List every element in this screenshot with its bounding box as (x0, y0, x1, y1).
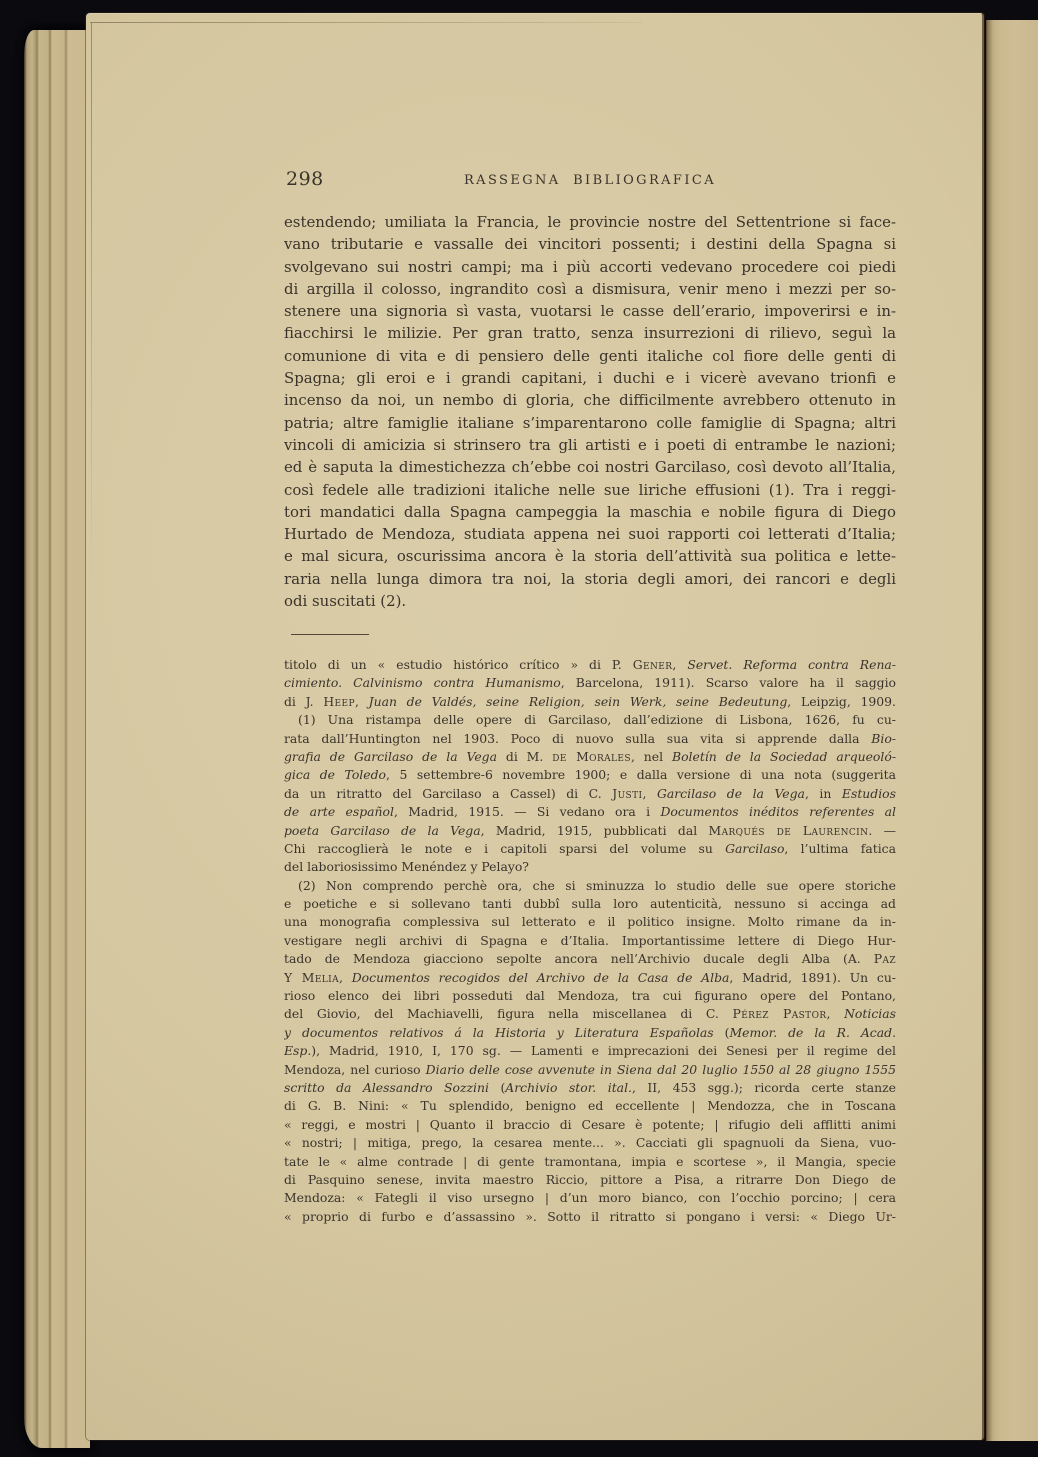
text-line: fiacchirsi le milizie. Per gran tratto, … (284, 322, 896, 344)
text-line: « proprio di furbo e d’assassino ». Sott… (284, 1208, 896, 1226)
text-line: del laboriosissimo Menéndez y Pelayo? (284, 858, 896, 876)
text-line: di J. Heep, Juan de Valdés, seine Religi… (284, 693, 896, 711)
text-line: Y Melia, Documentos recogidos del Archiv… (284, 969, 896, 987)
text-line: tori mandatici dalla Spagna campeggia la… (284, 501, 896, 523)
text-line: raria nella lunga dimora tra noi, la sto… (284, 568, 896, 590)
text-line: comunione di vita e di pensiero delle ge… (284, 345, 896, 367)
text-line: vestigare negli archivi di Spagna e d’It… (284, 932, 896, 950)
running-head: 298 RASSEGNA BIBLIOGRAFICA (284, 168, 896, 196)
text-line: gica de Toledo, 5 settembre-6 novembre 1… (284, 766, 896, 784)
text-line: da un ritratto del Garcilaso a Cassel) d… (284, 785, 896, 803)
text-line: di Pasquino senese, invita maestro Ricci… (284, 1171, 896, 1189)
text-line: poeta Garcilaso de la Vega, Madrid, 1915… (284, 822, 896, 840)
text-line: tate le « alme contrade | di gente tramo… (284, 1153, 896, 1171)
footnote-separator (291, 634, 369, 635)
text-line: odi suscitati (2). (284, 590, 896, 612)
text-line: vano tributarie e vassalle dei vincitori… (284, 233, 896, 255)
text-line: vincoli di amicizia si strinsero tra gli… (284, 434, 896, 456)
text-line: Esp.), Madrid, 1910, I, 170 sg. — Lament… (284, 1042, 896, 1060)
body-paragraph: estendendo; umiliata la Francia, le prov… (284, 211, 896, 612)
text-line: ed è saputa la dimestichezza ch’ebbe coi… (284, 456, 896, 478)
footnote-1: (1) Una ristampa delle opere di Garcilas… (284, 711, 896, 877)
text-line: Spagna; gli eroi e i grandi capitani, i … (284, 367, 896, 389)
text-line: cimiento. Calvinismo contra Humanismo, B… (284, 674, 896, 692)
text-line: (2) Non comprendo perchè ora, che si smi… (284, 877, 896, 895)
text-line: rata dall’Huntington nel 1903. Poco di n… (284, 730, 896, 748)
running-head-title: RASSEGNA BIBLIOGRAFICA (284, 173, 896, 188)
text-line: e mal sicura, oscurissima ancora è la st… (284, 545, 896, 567)
text-line: scritto da Alessandro Sozzini (Archivio … (284, 1079, 896, 1097)
text-line: estendendo; umiliata la Francia, le prov… (284, 211, 896, 233)
text-line: « reggi, e mostri | Quanto il braccio di… (284, 1116, 896, 1134)
text-line: del Giovio, del Machiavelli, figura nell… (284, 1005, 896, 1023)
text-line: stenere una signoria sì vasta, vuotarsi … (284, 300, 896, 322)
page-stack-edge (24, 30, 90, 1448)
text-line: e poetiche e si sollevano tanti dubbî su… (284, 895, 896, 913)
text-line: di G. B. Nini: « Tu splendido, benigno e… (284, 1097, 896, 1115)
text-line: Mendoza: « Fategli il viso ursegno | d’u… (284, 1189, 896, 1207)
text-line: così fedele alle tradizioni italiche nel… (284, 479, 896, 501)
text-line: Chi raccoglierà le note e i capitoli spa… (284, 840, 896, 858)
footnotes: titolo di un « estudio histórico crítico… (284, 656, 896, 1226)
facing-page-edge (986, 20, 1038, 1441)
text-line: y documentos relativos á la Historia y L… (284, 1024, 896, 1042)
text-line: grafia de Garcilaso de la Vega di M. de … (284, 748, 896, 766)
scanned-book-photo: 298 RASSEGNA BIBLIOGRAFICA estendendo; u… (0, 0, 1038, 1457)
text-line: titolo di un « estudio histórico crítico… (284, 656, 896, 674)
text-line: Mendoza, nel curioso Diario delle cose a… (284, 1061, 896, 1079)
text-line: « nostri; | mitiga, prego, la cesarea me… (284, 1134, 896, 1152)
text-line: (1) Una ristampa delle opere di Garcilas… (284, 711, 896, 729)
text-line: svolgevano sui nostri campi; ma i più ac… (284, 256, 896, 278)
text-line: Hurtado de Mendoza, studiata appena nei … (284, 523, 896, 545)
text-line: una monografia complessiva sul letterato… (284, 913, 896, 931)
text-line: di argilla il colosso, ingrandito così a… (284, 278, 896, 300)
footnote-2: (2) Non comprendo perchè ora, che si smi… (284, 877, 896, 1226)
text-line: de arte español, Madrid, 1915. — Si veda… (284, 803, 896, 821)
text-line: tado de Mendoza giacciono sepolte ancora… (284, 950, 896, 968)
text-line: patria; altre famiglie italiane s’impare… (284, 412, 896, 434)
footnote-runover: titolo di un « estudio histórico crítico… (284, 656, 896, 711)
text-line: rioso elenco dei libri posseduti dal Men… (284, 987, 896, 1005)
text-line: incenso da noi, un nembo di gloria, che … (284, 389, 896, 411)
